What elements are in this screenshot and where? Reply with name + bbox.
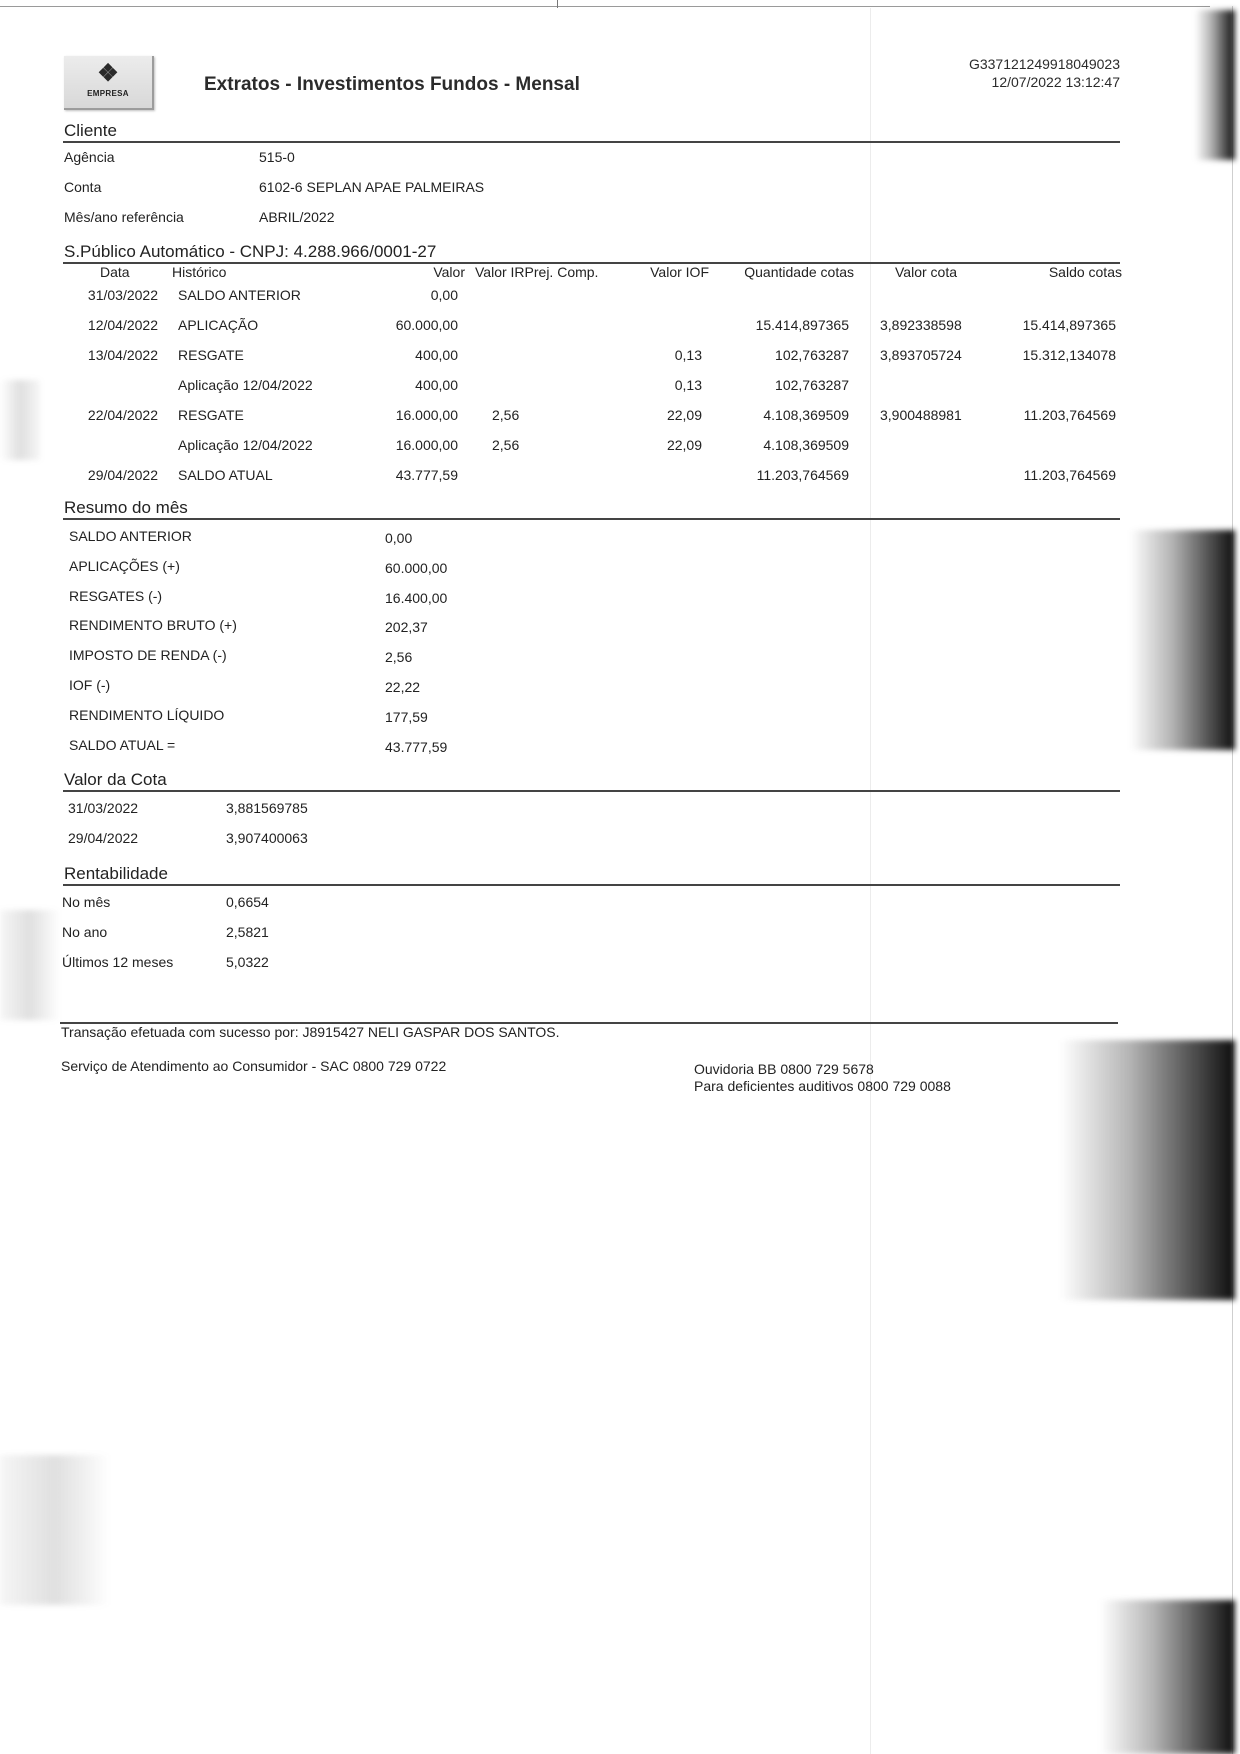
cell-historico: APLICAÇÃO bbox=[178, 317, 258, 333]
column-header: Valor IRPrej. Comp. bbox=[475, 264, 598, 280]
cell-quantidade-cotas: 4.108,369509 bbox=[763, 407, 849, 423]
section-divider bbox=[63, 884, 1120, 886]
cell-date: 13/04/2022 bbox=[88, 347, 158, 363]
scan-smear bbox=[0, 380, 40, 460]
cell-valor: 0,00 bbox=[431, 287, 458, 303]
resumo-label: APLICAÇÕES (+) bbox=[69, 558, 180, 574]
scan-smear bbox=[0, 910, 60, 1020]
cell-historico: RESGATE bbox=[178, 347, 244, 363]
field-label: Agência bbox=[64, 149, 115, 165]
column-header: Valor IOF bbox=[650, 264, 709, 280]
resumo-value: 2,56 bbox=[385, 649, 412, 665]
resumo-value: 43.777,59 bbox=[385, 739, 447, 755]
field-value: 6102-6 SEPLAN APAE PALMEIRAS bbox=[259, 179, 484, 195]
resumo-value: 177,59 bbox=[385, 709, 428, 725]
cell-saldo-cotas: 11.203,764569 bbox=[1024, 467, 1116, 483]
cell-historico: Aplicação 12/04/2022 bbox=[178, 437, 313, 453]
section-title-valor-cota: Valor da Cota bbox=[64, 770, 167, 790]
cell-quantidade-cotas: 102,763287 bbox=[775, 377, 849, 393]
cota-value: 3,881569785 bbox=[226, 800, 308, 816]
cell-valor: 400,00 bbox=[415, 377, 458, 393]
cell-valor-iof: 22,09 bbox=[667, 407, 702, 423]
cell-saldo-cotas: 11.203,764569 bbox=[1024, 407, 1116, 423]
cell-historico: SALDO ANTERIOR bbox=[178, 287, 301, 303]
rentabilidade-value: 2,5821 bbox=[226, 924, 269, 940]
cell-valor-ir: 2,56 bbox=[492, 437, 519, 453]
resumo-value: 202,37 bbox=[385, 619, 428, 635]
section-divider bbox=[63, 141, 1120, 143]
rentabilidade-label: No mês bbox=[62, 894, 110, 910]
document-code: G337121249918049023 bbox=[969, 55, 1120, 73]
scan-tick-mark bbox=[557, 0, 558, 8]
resumo-label: RESGATES (-) bbox=[69, 588, 162, 604]
resumo-label: SALDO ANTERIOR bbox=[69, 528, 192, 544]
cell-saldo-cotas: 15.414,897365 bbox=[1023, 317, 1116, 333]
cell-valor: 60.000,00 bbox=[396, 317, 458, 333]
field-label: Mês/ano referência bbox=[64, 209, 184, 225]
scan-smear bbox=[1130, 530, 1235, 750]
cell-quantidade-cotas: 11.203,764569 bbox=[757, 467, 849, 483]
banco-do-brasil-icon: ❖ bbox=[64, 59, 152, 89]
field-value: 515-0 bbox=[259, 149, 295, 165]
resumo-value: 16.400,00 bbox=[385, 590, 447, 606]
cell-quantidade-cotas: 4.108,369509 bbox=[763, 437, 849, 453]
scan-smear bbox=[1195, 10, 1235, 160]
cell-historico: RESGATE bbox=[178, 407, 244, 423]
section-title-resumo: Resumo do mês bbox=[64, 498, 188, 518]
cell-historico: SALDO ATUAL bbox=[178, 467, 273, 483]
resumo-value: 0,00 bbox=[385, 530, 412, 546]
scan-top-border bbox=[0, 6, 1210, 7]
resumo-label: IOF (-) bbox=[69, 677, 110, 693]
cell-date: 22/04/2022 bbox=[88, 407, 158, 423]
section-title-rentabilidade: Rentabilidade bbox=[64, 864, 168, 884]
scan-smear bbox=[0, 1455, 110, 1605]
cell-quantidade-cotas: 102,763287 bbox=[775, 347, 849, 363]
field-label: Conta bbox=[64, 179, 101, 195]
column-header: Valor bbox=[433, 264, 465, 280]
deficientes-contact: Para deficientes auditivos 0800 729 0088 bbox=[694, 1078, 951, 1094]
cota-date: 31/03/2022 bbox=[68, 800, 138, 816]
column-header: Saldo cotas bbox=[1049, 264, 1122, 280]
cell-valor: 400,00 bbox=[415, 347, 458, 363]
ouvidoria-contact: Ouvidoria BB 0800 729 5678 bbox=[694, 1061, 874, 1077]
cell-valor-cota: 3,892338598 bbox=[880, 317, 962, 333]
document-datetime: 12/07/2022 13:12:47 bbox=[969, 73, 1120, 91]
cell-valor-iof: 22,09 bbox=[667, 437, 702, 453]
cell-date: 12/04/2022 bbox=[88, 317, 158, 333]
field-value: ABRIL/2022 bbox=[259, 209, 335, 225]
document-id-block: G337121249918049023 12/07/2022 13:12:47 bbox=[969, 55, 1120, 91]
rentabilidade-value: 0,6654 bbox=[226, 894, 269, 910]
sac-contact: Serviço de Atendimento ao Consumidor - S… bbox=[61, 1058, 446, 1074]
column-header: Quantidade cotas bbox=[744, 264, 854, 280]
cota-date: 29/04/2022 bbox=[68, 830, 138, 846]
cell-quantidade-cotas: 15.414,897365 bbox=[756, 317, 849, 333]
section-title-fundo: S.Público Automático - CNPJ: 4.288.966/0… bbox=[64, 242, 436, 262]
rentabilidade-label: Últimos 12 meses bbox=[62, 954, 173, 970]
resumo-label: RENDIMENTO BRUTO (+) bbox=[69, 617, 237, 633]
cell-valor: 16.000,00 bbox=[396, 437, 458, 453]
scan-fold-line bbox=[870, 8, 871, 1754]
bank-logo: ❖ EMPRESA bbox=[64, 56, 154, 110]
resumo-label: RENDIMENTO LÍQUIDO bbox=[69, 707, 224, 723]
resumo-value: 22,22 bbox=[385, 679, 420, 695]
cell-valor-iof: 0,13 bbox=[675, 377, 702, 393]
resumo-label: SALDO ATUAL = bbox=[69, 737, 175, 753]
cell-date: 29/04/2022 bbox=[88, 467, 158, 483]
resumo-value: 60.000,00 bbox=[385, 560, 447, 576]
rentabilidade-label: No ano bbox=[62, 924, 107, 940]
column-header: Histórico bbox=[172, 264, 226, 280]
cota-value: 3,907400063 bbox=[226, 830, 308, 846]
rentabilidade-value: 5,0322 bbox=[226, 954, 269, 970]
column-header: Data bbox=[100, 264, 130, 280]
cell-date: 31/03/2022 bbox=[88, 287, 158, 303]
section-divider bbox=[63, 518, 1120, 520]
cell-valor-ir: 2,56 bbox=[492, 407, 519, 423]
section-title-cliente: Cliente bbox=[64, 121, 117, 141]
cell-valor-iof: 0,13 bbox=[675, 347, 702, 363]
scan-right-edge bbox=[1232, 6, 1233, 1754]
resumo-label: IMPOSTO DE RENDA (-) bbox=[69, 647, 227, 663]
cell-valor-cota: 3,893705724 bbox=[880, 347, 962, 363]
scan-smear bbox=[1100, 1600, 1235, 1754]
scan-smear bbox=[1060, 1040, 1235, 1300]
cell-saldo-cotas: 15.312,134078 bbox=[1023, 347, 1116, 363]
cell-valor-cota: 3,900488981 bbox=[880, 407, 962, 423]
cell-valor: 43.777,59 bbox=[396, 467, 458, 483]
logo-label: EMPRESA bbox=[64, 89, 152, 98]
page-title: Extratos - Investimentos Fundos - Mensal bbox=[204, 74, 580, 96]
transaction-confirmation: Transação efetuada com sucesso por: J891… bbox=[61, 1024, 560, 1040]
cell-historico: Aplicação 12/04/2022 bbox=[178, 377, 313, 393]
section-divider bbox=[63, 790, 1120, 792]
column-header: Valor cota bbox=[895, 264, 957, 280]
cell-valor: 16.000,00 bbox=[396, 407, 458, 423]
